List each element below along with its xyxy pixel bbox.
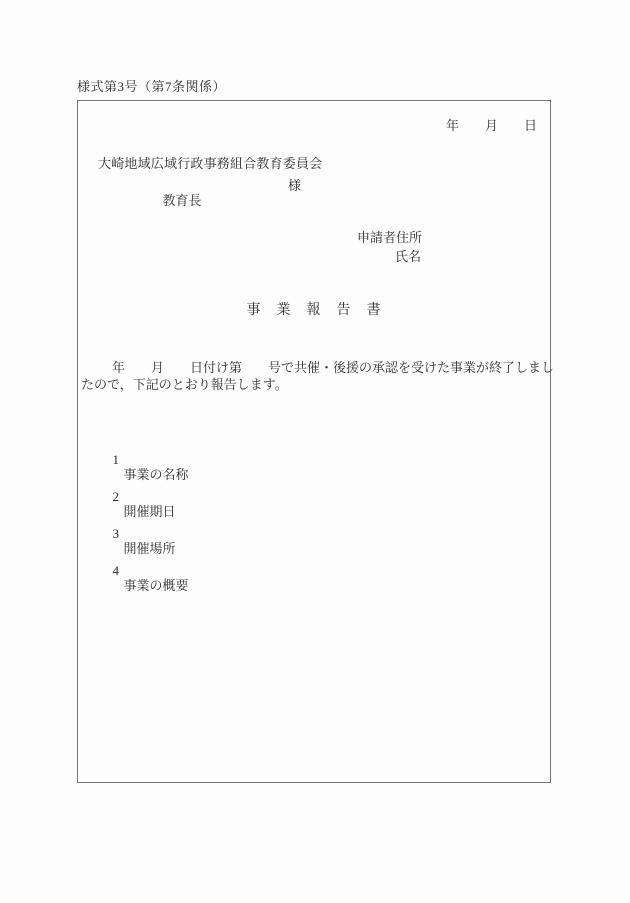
document-title: 事 業 報 告 書 [78,303,550,318]
body-text-line-2: たので，下記のとおり報告します。 [81,377,288,392]
item-number: 2 [113,489,120,504]
date-line: 年 月 日 [446,118,537,133]
item-label: 事業の概要 [124,578,189,593]
report-form-box: 年 月 日 大崎地域広域行政事務組合教育委員会 教育長 様 申請者住所 氏名 事… [77,100,551,783]
applicant-name-label: 氏名 [395,249,421,264]
document-page: 様式第3号（第7条関係） 年 月 日 大崎地域広域行政事務組合教育委員会 教育長… [0,0,630,903]
addressee-honorific: 様 [288,178,301,193]
list-item-project-summary: 4 事業の概要 [93,548,189,608]
item-number: 1 [113,452,120,467]
addressee-organization: 大崎地域広域行政事務組合教育委員会 [98,156,322,171]
form-number-label: 様式第3号（第7条関係） [77,79,226,95]
addressee-position: 教育長 [163,193,202,208]
addressee-line: 教育長 様 [143,178,403,238]
body-text-line-1: 年 月 日付け第 号で共催・後援の承認を受けた事業が終了しまし [112,360,554,375]
applicant-address-label: 申請者住所 [357,230,422,245]
item-number: 3 [113,526,120,541]
item-number: 4 [113,563,120,578]
